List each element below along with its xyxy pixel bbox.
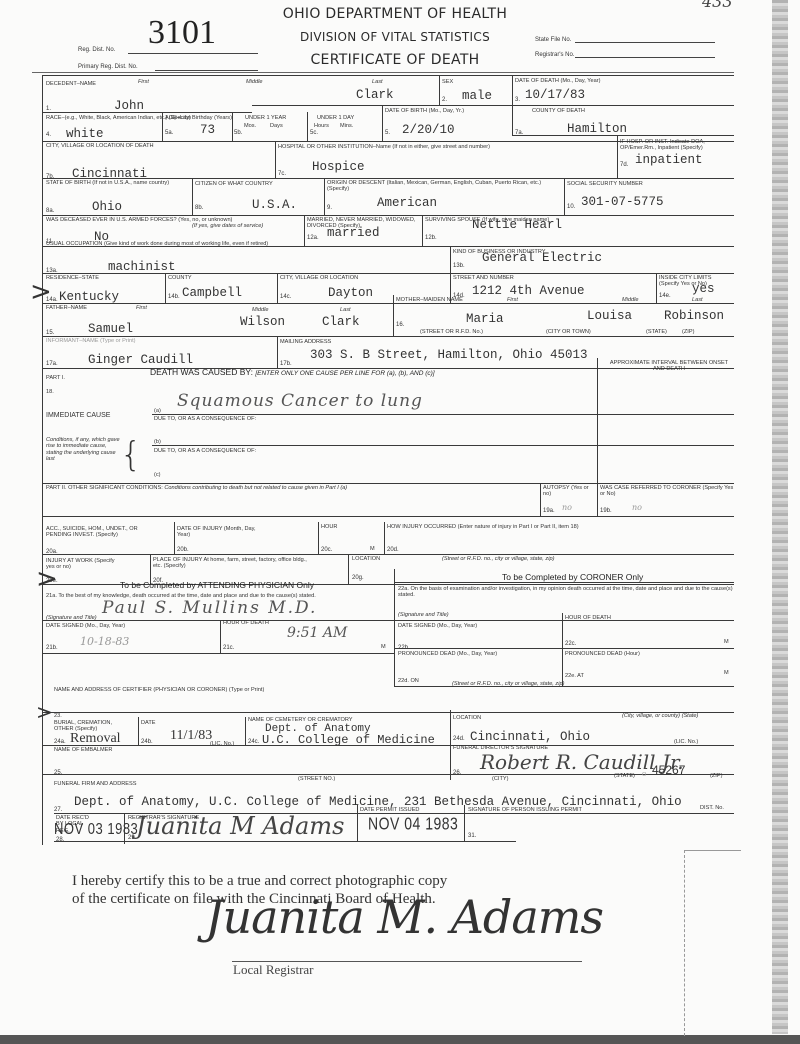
item-number: 20b. [177, 547, 189, 553]
first-sublabel: First [138, 79, 149, 85]
header-rule [32, 72, 734, 73]
item-number: 28. [56, 837, 64, 843]
hosp-status-value: inpatient [635, 153, 703, 167]
item-number: 24d. [453, 736, 465, 742]
informant-name: Ginger Caudill [88, 353, 193, 367]
local-registrar-signature: Juanita M. Adams [205, 890, 603, 944]
brace-mark: { [120, 435, 142, 475]
citizen-value: U.S.A. [252, 198, 297, 212]
father-middle: Wilson [240, 315, 285, 329]
origin-label: ORIGIN OR DESCENT (Italian, Mexican, Ger… [327, 180, 557, 193]
mailing-address-label: MAILING ADDRESS [280, 339, 331, 345]
mos-label: Mos. [244, 123, 256, 129]
corner-handwritten-note: 433 [702, 0, 733, 11]
meridian-label: M [724, 639, 729, 645]
date-of-death-value: 10/17/83 [525, 88, 585, 102]
city-hint: (CITY) [492, 776, 508, 782]
city-hint: (CITY OR TOWN) [546, 329, 591, 335]
certificate-form: DECEDENT–NAME First Middle Last John Cla… [32, 75, 734, 845]
disposition-location-label: LOCATION [453, 715, 481, 721]
row-rule [252, 105, 734, 106]
coroner-date-label: DATE SIGNED (Mo., Day, Year) [398, 623, 477, 629]
under-1-day-label: UNDER 1 DAY [317, 115, 354, 121]
divider [357, 805, 358, 841]
interval-divider [597, 358, 598, 483]
decedent-name-label: DECEDENT–NAME [46, 81, 96, 87]
item-number: 14e. [659, 293, 671, 299]
registrar-no-line [575, 57, 715, 58]
physician-heading: To be Completed by ATTENDING PHYSICIAN O… [120, 580, 314, 590]
item-number: 7d. [620, 162, 628, 168]
item-number: 19b. [600, 508, 612, 514]
item-number: 22c. [565, 641, 576, 647]
item-number: 12a. [307, 235, 319, 241]
injury-type-label: ACC., SUICIDE, HOM., UNDET., OR PENDING … [46, 526, 146, 539]
divider [597, 483, 598, 516]
item-number: 4. [46, 132, 51, 138]
row-rule [42, 215, 734, 216]
days-label: Days [270, 123, 283, 129]
row-rule [42, 483, 734, 484]
divider [304, 215, 305, 246]
spouse-value: Nettie Hearl [472, 218, 562, 232]
res-street-label: STREET AND NUMBER [453, 275, 514, 281]
permit-sig-label: SIGNATURE OF PERSON ISSUING PERMIT [468, 807, 582, 813]
hospital-label: HOSPITAL OR OTHER INSTITUTION–Name (If n… [278, 144, 490, 150]
item-number: 20c. [321, 547, 332, 553]
industry-value: General Electric [482, 251, 602, 265]
coroner-hour-label: HOUR OF DEATH [565, 615, 611, 621]
bracket-mark: > [30, 277, 52, 307]
divider [277, 336, 278, 368]
embalmer-label: NAME OF EMBALMER [54, 747, 112, 753]
coroner-referred-value: no [632, 503, 642, 512]
divider [562, 613, 563, 686]
divider [384, 522, 385, 554]
form-top-border [42, 75, 734, 76]
item-number: 5c. [310, 130, 318, 136]
injury-date-label: DATE OF INJURY (Month, Day, Year) [177, 526, 257, 539]
disposition-location-hint: (City, village, or county) (State) [622, 713, 698, 719]
res-city-label: CITY, VILLAGE OR LOCATION [280, 275, 358, 281]
row-rule [42, 273, 734, 274]
res-state-label: RESIDENCE–STATE [46, 275, 99, 281]
divider [192, 178, 193, 215]
divider [348, 554, 349, 584]
certification-line1: I hereby certify this to be a true and c… [72, 872, 447, 890]
divider [307, 112, 308, 141]
item-number: 25. [54, 770, 62, 776]
disposition-date-value: 11/1/83 [170, 728, 212, 744]
interval-label: APPROXIMATE INTERVAL BETWEEN ONSET AND D… [609, 360, 729, 373]
divider [324, 178, 325, 215]
item-number: 16. [396, 322, 404, 328]
physician-date-label: DATE SIGNED (Mo., Day, Year) [46, 623, 125, 629]
middle-sublabel: Middle [246, 79, 262, 85]
divider [245, 717, 246, 746]
ssn-label: SOCIAL SECURITY NUMBER [567, 181, 643, 187]
divider [656, 273, 657, 303]
certifier-label: NAME AND ADDRESS OF CERTIFIER (PHYSICIAN… [54, 687, 264, 693]
citizen-label: CITIZEN OF WHAT COUNTRY [195, 181, 273, 187]
item-number: 14c. [280, 294, 291, 300]
coroner-heading: To be Completed by CORONER Only [502, 572, 643, 582]
sex-label: SEX [442, 79, 453, 85]
funeral-firm-label: FUNERAL FIRM AND ADDRESS [54, 781, 136, 787]
divider [275, 141, 276, 178]
item-number: 22d. ON [398, 678, 419, 684]
row-rule [512, 135, 734, 136]
title-ohio-dept-health: OHIO DEPARTMENT OF HEALTH [245, 6, 545, 22]
decedent-last-name: Clark [356, 88, 394, 102]
divider [393, 295, 394, 336]
immediate-cause-label: IMMEDIATE CAUSE [46, 413, 110, 419]
item-number: 7c. [278, 171, 286, 177]
divider [617, 135, 618, 178]
bracket-mark: > [36, 700, 53, 724]
item-number: 8b. [195, 205, 203, 211]
disposition-date-label: DATE [141, 720, 156, 726]
divider [318, 522, 319, 554]
death-certificate: 433 3101 Reg. Dist. No. Primary Reg. Dis… [0, 0, 800, 1044]
item-number: 12b. [425, 235, 437, 241]
dob-label: DATE OF BIRTH (Mo., Day, Yr.) [385, 108, 464, 114]
decedent-first-name: John [114, 99, 144, 113]
hospital-value: Hospice [312, 160, 365, 174]
zip-hint: (ZIP) [682, 329, 694, 335]
item-number: 22e. AT [565, 673, 584, 679]
item-number: 5a. [165, 130, 173, 136]
conditions-label: Conditions, if any, which gave rise to i… [46, 437, 122, 463]
hosp-status-label: IF HOSP. OR INST. Indicate DOA, OP/Emer.… [620, 139, 732, 152]
row-rule [42, 336, 734, 337]
autopsy-value: no [562, 503, 572, 512]
item-number: 8a. [46, 208, 54, 214]
armed-forces-sublabel: (If yes, give dates of service) [192, 223, 263, 229]
item-number: 26. [453, 770, 461, 776]
item-number: 5. [385, 130, 390, 136]
age-value: 73 [200, 123, 215, 137]
due-to-label: DUE TO, OR AS A CONSEQUENCE OF: [154, 448, 256, 454]
informant-label: INFORMANT–NAME (Type or Print) [46, 338, 136, 344]
birth-state-label: STATE OF BIRTH (If not in U.S.A., name c… [46, 180, 188, 186]
item-number: 18. [46, 389, 54, 395]
how-injury-label: HOW INJURY OCCURRED (Enter nature of inj… [387, 524, 579, 530]
father-label: FATHER–NAME [46, 305, 87, 311]
last-sublabel: Last [372, 79, 383, 85]
physician-coroner-divider [394, 569, 395, 687]
pronounced-date-label: PRONOUNCED DEAD (Mo., Day, Year) [398, 651, 497, 657]
reg-dist-number: 3101 [148, 14, 216, 52]
sex-value: male [462, 89, 492, 103]
divider [564, 178, 565, 215]
row-rule [42, 745, 734, 746]
divider [439, 75, 440, 105]
divider [220, 620, 221, 653]
row-rule [152, 414, 734, 415]
row-rule [42, 112, 252, 113]
origin-value: American [377, 196, 437, 210]
part2-label: PART II. OTHER SIGNIFICANT CONDITIONS: C… [46, 485, 347, 491]
res-county-value: Campbell [182, 286, 242, 300]
informant-address: 303 S. B Street, Hamilton, Ohio 45013 [310, 348, 588, 362]
injury-hour-label: HOUR [321, 524, 337, 530]
row-rule [394, 648, 734, 649]
county-value: Hamilton [567, 122, 627, 136]
part1-label: PART I. [46, 375, 65, 381]
street-hint: (STREET NO.) [298, 776, 335, 782]
form-left-border [42, 75, 43, 845]
divider [165, 273, 166, 303]
bracket-mark: > [36, 564, 58, 594]
ssn-value: 301-07-5775 [581, 195, 664, 209]
lic-no-label: (LIC. No.) [674, 739, 698, 745]
last-sublabel: Last [692, 297, 703, 303]
physician-hour-label: HOUR OF DEATH [223, 620, 269, 626]
meridian-label: M [381, 644, 386, 650]
injury-location-label: LOCATION [352, 556, 380, 562]
primary-reg-dist-no-label: Primary Reg. Dist. No. [78, 64, 138, 70]
res-city-value: Dayton [328, 286, 373, 300]
divider [450, 246, 451, 273]
divider [277, 273, 278, 303]
divider [422, 215, 423, 246]
row-rule [152, 445, 734, 446]
primary-reg-dist-no-line [155, 70, 258, 71]
local-registrar-title: Local Registrar [233, 962, 314, 978]
item-number: 2. [442, 97, 447, 103]
last-sublabel: Last [340, 307, 351, 313]
race-value: white [66, 127, 104, 141]
coroner-sig-label: (Signature and Title) [398, 612, 449, 618]
item-number: 20g. [352, 575, 364, 581]
mother-first: Maria [466, 312, 504, 326]
item-number: 9. [327, 205, 332, 211]
mins-label: Mins. [340, 123, 353, 129]
dob-value: 2/20/10 [402, 123, 455, 137]
marital-value: married [327, 226, 380, 240]
row-rule [42, 178, 734, 179]
certifier-hint: (Street or R.F.D. no., city or village, … [452, 681, 564, 687]
divider [382, 105, 383, 141]
scan-bottom-border [0, 1035, 800, 1044]
divider [162, 112, 163, 141]
res-state-value: Kentucky [59, 290, 119, 304]
item-number: 21c. [223, 645, 234, 651]
disposition-location-value: Cincinnati, Ohio [470, 730, 590, 744]
street-hint: (STREET OR R.F.D. No.) [420, 329, 483, 335]
under-1-year-label: UNDER 1 YEAR [245, 115, 286, 121]
registrar-signature: Juanita M Adams [136, 812, 344, 840]
place-of-injury-label: PLACE OF INJURY At home, farm, street, f… [153, 557, 313, 570]
meridian-label: M [724, 670, 729, 676]
item-number: 20d. [387, 547, 399, 553]
scan-artifact-box [684, 850, 741, 1036]
divider [232, 112, 233, 141]
item-number: 23. [54, 713, 62, 719]
physician-hour-of-death: 9:51 AM [287, 625, 347, 641]
death-caused-by-heading: DEATH WAS CAUSED BY: [ENTER ONLY ONE CAU… [150, 367, 435, 377]
registrar-no-label: Registrar's No. [535, 52, 575, 58]
date-of-death-label: DATE OF DEATH (Mo., Day, Year) [515, 78, 600, 84]
row-rule [42, 554, 734, 555]
zip-hint: (ZIP) [710, 773, 722, 779]
city-limits-value: yes [692, 282, 715, 296]
state-file-no-label: State File No. [535, 37, 571, 43]
pronounced-hour-label: PRONOUNCED DEAD (Hour) [565, 651, 640, 657]
divider [174, 522, 175, 554]
birth-state-value: Ohio [92, 200, 122, 214]
injury-location-hint: (Street or R.F.D. no., city or village, … [442, 556, 554, 562]
first-sublabel: First [136, 305, 147, 311]
item-number: 19a. [543, 508, 555, 514]
reg-dist-no-label: Reg. Dist. No. [78, 47, 115, 53]
item-number: 31. [468, 833, 476, 839]
state-hint: (STATE) [646, 329, 667, 335]
title-division-vital-statistics: DIVISION OF VITAL STATISTICS [250, 30, 540, 44]
row-rule [42, 516, 734, 517]
due-to-label: DUE TO, OR AS A CONSEQUENCE OF: [154, 416, 256, 422]
mother-last: Robinson [664, 309, 724, 323]
dist-no-label: DIST. No. [700, 805, 724, 811]
physician-date-signed: 10-18-83 [80, 635, 129, 648]
item-number: 17a. [46, 361, 58, 367]
res-street-value: 1212 4th Avenue [472, 284, 585, 298]
coroner-statement: 22a. On the basis of examination and/or … [398, 586, 734, 599]
coroner-referred-label: WAS CASE REFERRED TO CORONER (Specify Ye… [600, 485, 734, 498]
item-number: 10. [567, 204, 575, 210]
date-recd-stamp: NOV 03 1983 [54, 820, 138, 838]
hours-label: Hours [314, 123, 329, 129]
occupation-value: machinist [108, 260, 176, 274]
row-rule [394, 582, 734, 583]
row-rule [54, 841, 516, 842]
occupation-label: USUAL OCCUPATION (Give kind of work done… [46, 241, 268, 247]
city-of-death-label: CITY, VILLAGE OR LOCATION OF DEATH [46, 143, 154, 149]
lic-no-label: (LIC. No.) [210, 741, 234, 747]
item-number: 21b. [46, 645, 58, 651]
county-label: COUNTY OF DEATH [532, 108, 585, 114]
age-label: AGE–Last Birthday (Years) [165, 115, 232, 121]
scan-edge [772, 0, 788, 1034]
divider [464, 805, 465, 841]
state-hint: (STATE) [614, 773, 635, 779]
father-last: Clark [322, 315, 360, 329]
row-rule [42, 653, 394, 654]
autopsy-label: AUTOPSY (Yes or no) [543, 485, 593, 498]
divider [138, 717, 139, 746]
divider [124, 813, 125, 844]
mother-label: MOTHER–MAIDEN NAME [396, 297, 463, 303]
immediate-cause-value: Squamous Cancer to lung [177, 391, 423, 411]
funeral-zip-value: 45267 [652, 763, 685, 777]
item-number: 13b. [453, 263, 465, 269]
state-value: O [642, 772, 646, 778]
c-label: (c) [154, 472, 161, 478]
item-number: 14b. [168, 294, 180, 300]
middle-sublabel: Middle [622, 297, 638, 303]
item-number: 3. [515, 97, 520, 103]
physician-signature: Paul S. Mullins M.D. [102, 598, 317, 618]
meridian-label: M [370, 546, 375, 552]
permit-date-stamp: NOV 04 1983 [368, 813, 458, 833]
reg-dist-no-line [128, 53, 258, 54]
row-rule [42, 620, 734, 621]
father-first: Samuel [88, 322, 133, 336]
middle-sublabel: Middle [252, 307, 268, 313]
divider [540, 483, 541, 516]
mother-middle: Louisa [587, 309, 632, 323]
first-sublabel: First [507, 297, 518, 303]
item-number: 5b. [234, 130, 242, 136]
state-file-no-line [575, 42, 715, 43]
res-county-label: COUNTY [168, 275, 192, 281]
title-certificate-of-death: CERTIFICATE OF DEATH [250, 52, 540, 68]
